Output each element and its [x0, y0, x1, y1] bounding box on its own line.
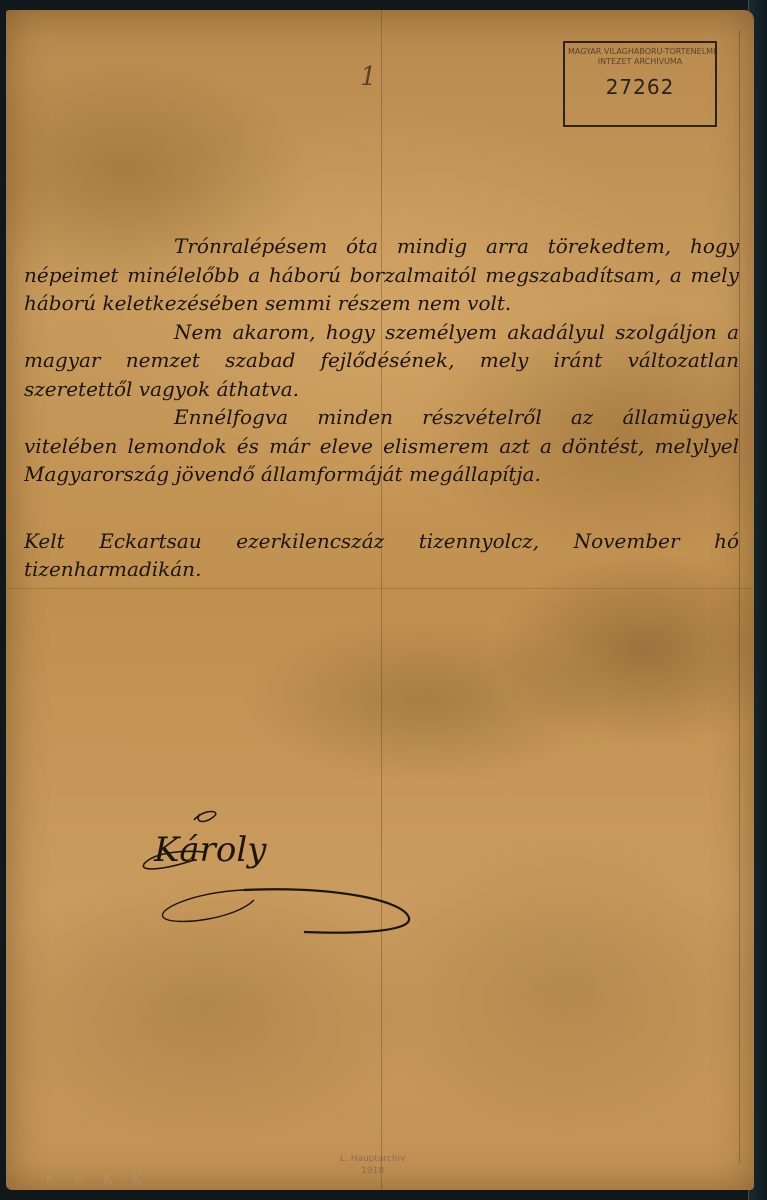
stamp-line-2: INTÉZET ARCHÍVUMA [565, 57, 715, 67]
stamp-line-1: MAGYAR VILÁGHÁBORÚ-TÖRTÉNELMI [565, 47, 715, 57]
archive-stamp: MAGYAR VILÁGHÁBORÚ-TÖRTÉNELMI INTÉZET AR… [563, 41, 717, 127]
signature-name: Károly [154, 830, 266, 870]
paragraph: Trónralépésem óta mindig arra törekedtem… [24, 232, 739, 318]
margin-line [739, 30, 740, 1163]
archive-number: 27262 [565, 75, 715, 99]
signature: Károly [134, 800, 424, 940]
horizontal-fold-line [6, 588, 754, 589]
faint-pencil-marks: K-M K-K [46, 1172, 147, 1188]
closing-date-line: Kelt Eckartsau ezerkilencszáz tizennyolc… [24, 527, 739, 584]
document-page: MAGYAR VILÁGHÁBORÚ-TÖRTÉNELMI INTÉZET AR… [6, 10, 754, 1190]
bottom-stamp-line-1: L. Hauptarchiv [340, 1153, 405, 1165]
paragraph: Ennélfogva minden részvételről az államü… [24, 403, 739, 489]
page-number: 1 [360, 62, 377, 92]
signature-flourish-icon [134, 800, 424, 940]
letter-body: Trónralépésem óta mindig arra törekedtem… [24, 232, 739, 584]
bottom-stamp-line-2: 1918 [340, 1165, 405, 1177]
faint-bottom-stamp: L. Hauptarchiv 1918 [340, 1153, 405, 1177]
vertical-fold-line [381, 10, 382, 1190]
paragraph: Nem akarom, hogy személyem akadályul szo… [24, 318, 739, 404]
